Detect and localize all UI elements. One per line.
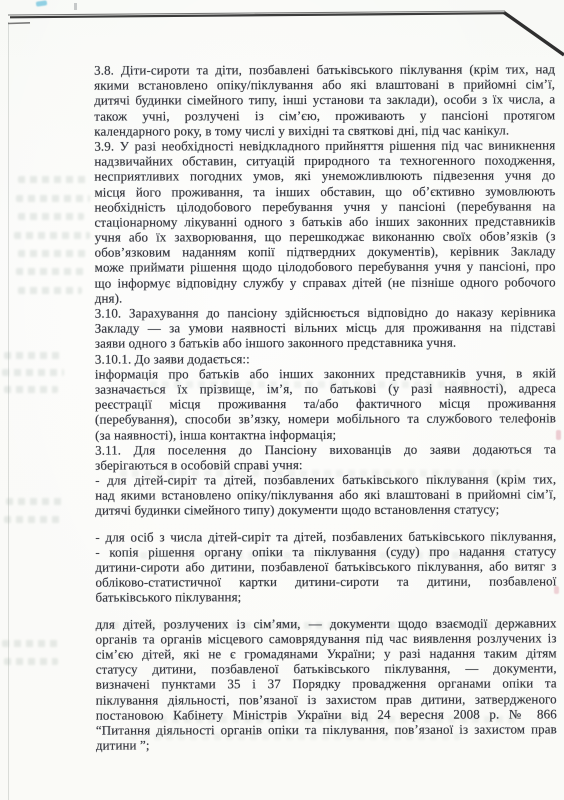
para-3-8: 3.8. Діти-сироти та діти, позбавлені бат… bbox=[94, 61, 555, 138]
bleed-through-mark bbox=[18, 250, 88, 257]
text-line: 3.9. У разі необхідності невідкладного п… bbox=[94, 137, 555, 153]
text-line: реєстрації місця проживання та/або факти… bbox=[95, 396, 556, 412]
text-line: “Питання діяльності органів опіки та пік… bbox=[96, 721, 557, 737]
text-line: 3.10.1. До заяви додається:: bbox=[95, 350, 556, 366]
text-line: - для дітей-сиріт та дітей, позбавлених … bbox=[95, 471, 556, 487]
text-line: піклування діяльності, пов’язаної із зах… bbox=[96, 691, 557, 707]
scanned-page: 3.8. Діти-сироти та діти, позбавлені бат… bbox=[0, 0, 564, 800]
text-line: органів та органів місцевого самоврядува… bbox=[96, 630, 557, 646]
text-line: (перебування), способи зв’язку, номери м… bbox=[95, 411, 556, 427]
bleed-through-mark bbox=[16, 195, 90, 202]
text-line: - копія рішення органу опіки та піклуван… bbox=[95, 543, 556, 559]
text-line: батьківського піклування; bbox=[95, 589, 556, 605]
text-line: якими встановлено опіку/піклування або я… bbox=[94, 77, 555, 93]
bleed-through-mark bbox=[2, 640, 60, 647]
para-3-10: 3.10. Зарахування до пансіону здійснюєть… bbox=[95, 304, 556, 351]
text-line: необхідність цілодобового перебування уч… bbox=[94, 198, 555, 214]
para-3-10-1-body: інформація про батьків або інших законни… bbox=[95, 365, 556, 442]
para-3-10-1-heading: 3.10.1. До заяви додається:: bbox=[95, 350, 556, 366]
page-top-edge-line bbox=[0, 0, 564, 64]
text-line: 3.8. Діти-сироти та діти, позбавлені бат… bbox=[94, 61, 555, 77]
text-line: (за наявності), інша контактна інформаці… bbox=[95, 426, 556, 442]
text-line: 3.11. Для поселення до Пансіону вихованц… bbox=[95, 441, 556, 457]
text-line: зберігаються в особовій справі учня: bbox=[95, 456, 556, 472]
text-line: несприятливих погодних умов, які унеможл… bbox=[94, 168, 555, 184]
text-line: статусу дитини, позбавленої батьківськог… bbox=[96, 661, 557, 677]
bleed-through-mark bbox=[6, 498, 66, 505]
bleed-through-mark bbox=[18, 213, 84, 220]
bleed-through-mark bbox=[18, 287, 82, 294]
text-line: для дітей, розлучених із сім’ями, — доку… bbox=[96, 615, 557, 631]
para-3-9: 3.9. У разі необхідності невідкладного п… bbox=[94, 137, 555, 305]
page-left-edge-line bbox=[8, 22, 9, 800]
para-3-11: 3.11. Для поселення до Пансіону вихованц… bbox=[95, 441, 556, 473]
text-line: інформація про батьків або інших законни… bbox=[95, 365, 556, 381]
bleed-through-mark bbox=[4, 386, 58, 393]
text-line: дня). bbox=[95, 289, 556, 305]
text-line: календарного року, в тому числі у вихідн… bbox=[94, 122, 555, 138]
text-line: дитини-сироти або дитини, позбавленої ба… bbox=[95, 558, 556, 574]
text-line: Закладу — за умови наявності вільних міс… bbox=[95, 320, 556, 336]
text-line: обов’язковим наданням копії підтвердних … bbox=[95, 244, 556, 260]
text-line: дитини ”; bbox=[96, 736, 557, 752]
text-line: учня або їх захворювання, що перешкоджає… bbox=[95, 228, 556, 244]
text-line: зазначається їх прізвище, ім’я, по батьк… bbox=[95, 380, 556, 396]
para-bullet-orphans-status: - для дітей-сиріт та дітей, позбавлених … bbox=[95, 471, 556, 518]
text-line: надзвичайних обставин, ситуацій природно… bbox=[94, 153, 555, 169]
text-line: постановою Кабінету Міністрів України ві… bbox=[96, 706, 557, 722]
bleed-through-mark bbox=[16, 268, 84, 275]
text-line: 3.10. Зарахування до пансіону здійснюєть… bbox=[95, 304, 556, 320]
bleed-through-mark bbox=[4, 658, 58, 665]
bleed-through-mark bbox=[18, 176, 88, 183]
text-line: місця його проживання, та інших обставин… bbox=[94, 183, 555, 199]
text-line: що інформує відповідну службу у справах … bbox=[95, 274, 556, 290]
bleed-through-mark bbox=[14, 232, 90, 239]
text-line: визначені пунктами 35 і 37 Порядку прова… bbox=[96, 676, 557, 692]
text-line: може приймати рішення щодо цілодобового … bbox=[95, 259, 556, 275]
text-line: заяви одного з батьків або іншого законн… bbox=[95, 335, 556, 351]
text-line: дитячі будинки сімейного типу, інші уста… bbox=[94, 92, 555, 108]
document-text: 3.8. Діти-сироти та діти, позбавлені бат… bbox=[94, 61, 557, 752]
pink-scan-mark bbox=[556, 430, 561, 440]
para-separated-children: для дітей, розлучених із сім’ями, — доку… bbox=[96, 615, 557, 753]
text-line: над якими встановлено опіку/піклування а… bbox=[95, 487, 556, 503]
text-line: сім’єю дітей, які не є громадянами Украї… bbox=[96, 645, 557, 661]
text-line: також учні, розлучені із сім’єю, прожива… bbox=[94, 107, 555, 123]
bleed-through-mark bbox=[4, 352, 62, 359]
text-line: обліково-статистичної картки дитини-сиро… bbox=[95, 574, 556, 590]
para-bullet-decision-copy: - для осіб з числа дітей-сиріт та дітей,… bbox=[95, 528, 556, 605]
text-line: стаціонарному лікуванні одного з батьків… bbox=[94, 213, 555, 229]
text-line: - для осіб з числа дітей-сиріт та дітей,… bbox=[95, 528, 556, 544]
bleed-through-mark bbox=[2, 369, 64, 376]
small-top-mark bbox=[74, 3, 77, 10]
text-line: дитячі будинки сімейного типу) документи… bbox=[95, 502, 556, 518]
bleed-through-mark bbox=[4, 516, 60, 523]
